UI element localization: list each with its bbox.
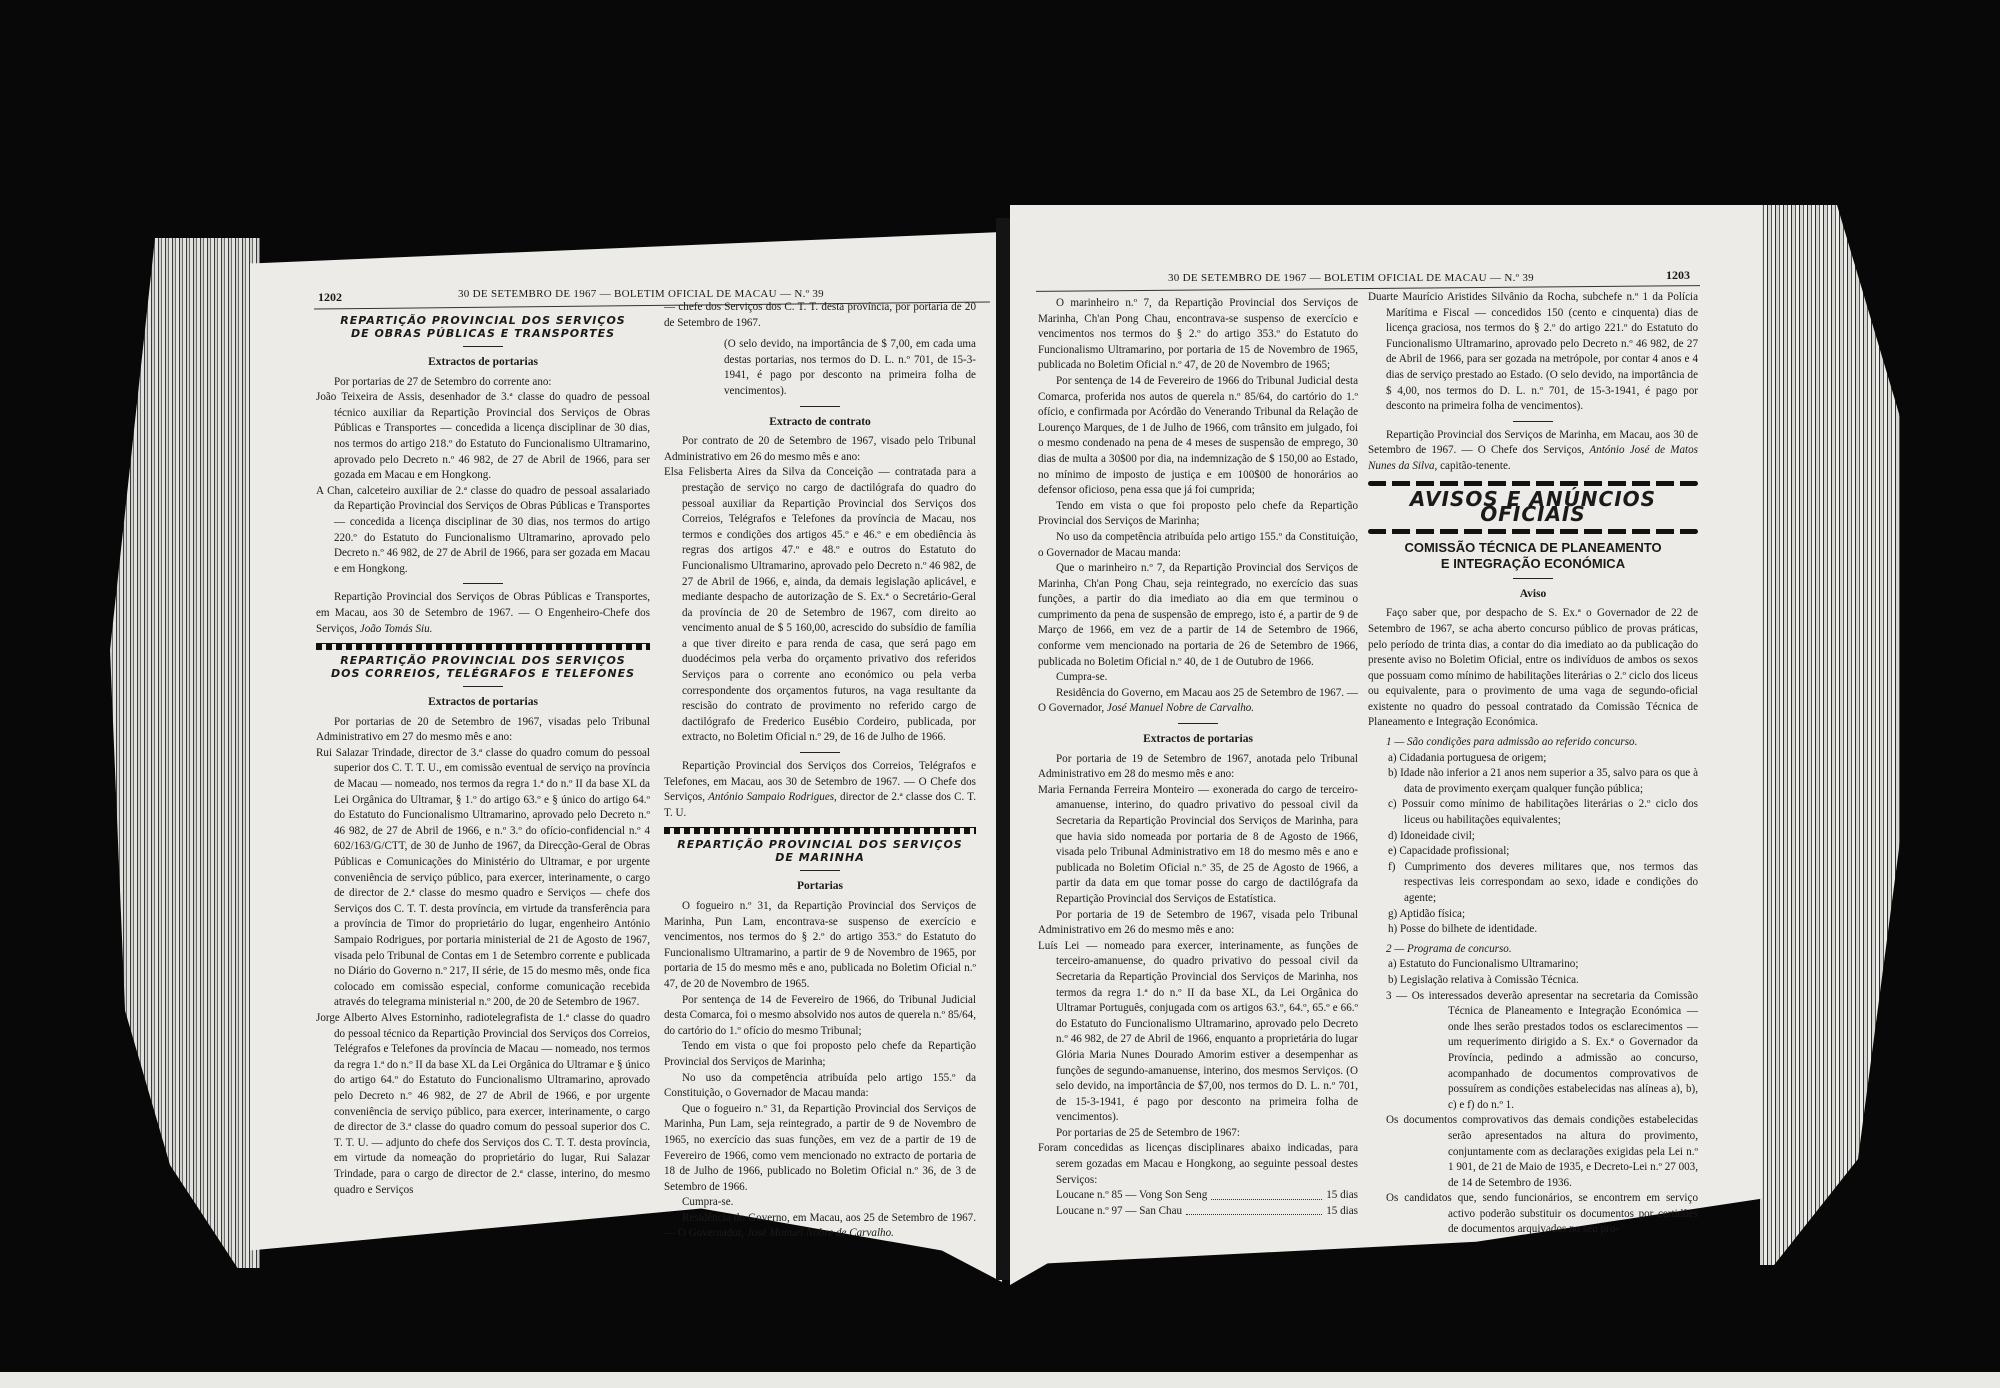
left-page-column-2: — chefe dos Serviços dos C. T. T. desta … bbox=[664, 300, 976, 1242]
paragraph: Por portarias de 25 de Setembro de 1967: bbox=[1038, 1126, 1358, 1142]
paragraph: — chefe dos Serviços dos C. T. T. desta … bbox=[664, 300, 976, 331]
paragraph: Por portarias de 20 de Setembro de 1967,… bbox=[316, 715, 650, 746]
signer-name: José Manuel Nobre de Carvalho. bbox=[1107, 702, 1254, 714]
paragraph: Por sentença de 14 de Fevereiro de 1966,… bbox=[664, 993, 976, 1040]
program-list: a) Estatuto do Funcionalismo Ultramarino… bbox=[1368, 957, 1698, 988]
left-page-column-1: Repartição Provincial dos Serviços de Ob… bbox=[316, 312, 650, 1198]
signature-paragraph: Residência do Governo, em Macau, aos 25 … bbox=[664, 1211, 976, 1242]
paragraph: Por sentença de 14 de Fevereiro de 1966 … bbox=[1038, 374, 1358, 499]
paragraph: Faço saber que, por despacho de S. Ex.ª … bbox=[1368, 606, 1698, 731]
paragraph: Tendo em vista o que foi proposto pelo c… bbox=[664, 1039, 976, 1070]
subheading: Aviso bbox=[1368, 587, 1698, 603]
condition-item: a) Cidadania portuguesa de origem; bbox=[1368, 751, 1698, 767]
paragraph: Tendo em vista o que foi proposto pelo c… bbox=[1038, 499, 1358, 530]
paragraph: Elsa Felisberta Aires da Silva da Concei… bbox=[664, 465, 976, 746]
divider bbox=[800, 406, 840, 407]
program-item: b) Legislação relativa à Comissão Técnic… bbox=[1368, 973, 1698, 989]
paragraph: João Teixeira de Assis, desenhador de 3.… bbox=[316, 390, 650, 484]
subheading: Extractos de portarias bbox=[316, 695, 650, 711]
section-title-ctt: Repartição Provincial dos Serviços dos C… bbox=[316, 654, 650, 680]
paragraph: 3 — Os interessados deverão apresentar n… bbox=[1368, 989, 1698, 1114]
signature-paragraph: Repartição Provincial dos Serviços de Ob… bbox=[316, 590, 650, 637]
divider bbox=[800, 752, 840, 753]
paragraph: Luís Lei — nomeado para exercer, interin… bbox=[1038, 939, 1358, 1126]
right-page-column-1: O marinheiro n.º 7, da Repartição Provin… bbox=[1038, 296, 1358, 1219]
page-number-left: 1202 bbox=[318, 290, 342, 305]
paragraph: Foram concedidas as licenças disciplinar… bbox=[1038, 1141, 1358, 1188]
paragraph: Duarte Maurício Aristides Silvânio da Ro… bbox=[1368, 290, 1698, 415]
paragraph: No uso da competência atribuída pelo art… bbox=[664, 1071, 976, 1102]
conditions-heading: 1 — São condições para admissão ao refer… bbox=[1368, 735, 1698, 751]
ornamental-rule bbox=[664, 827, 976, 834]
commission-title: COMISSÃO TÉCNICA DE PLANEAMENTO E INTEGR… bbox=[1368, 540, 1698, 572]
paragraph: Por contrato de 20 de Setembro de 1967, … bbox=[664, 434, 976, 465]
signature-paragraph: Repartição Provincial dos Serviços de Ma… bbox=[1368, 428, 1698, 475]
subheading: Extractos de portarias bbox=[1038, 732, 1358, 748]
program-heading: 2 — Programa de concurso. bbox=[1368, 942, 1698, 958]
paragraph: Maria Fernanda Ferreira Monteiro — exone… bbox=[1038, 783, 1358, 908]
paragraph: No uso da competência atribuída pelo art… bbox=[1038, 530, 1358, 561]
condition-item: f) Cumprimento dos deveres militares que… bbox=[1368, 860, 1698, 907]
ornamental-rule bbox=[316, 643, 650, 650]
divider bbox=[1178, 723, 1218, 724]
leave-entry: Loucane n.º 85 — Vong Son Seng15 dias bbox=[1038, 1188, 1358, 1204]
divider bbox=[800, 870, 840, 871]
signature-paragraph: Residência do Governo, em Macau aos 25 d… bbox=[1038, 686, 1358, 717]
paragraph: Cumpra-se. bbox=[664, 1195, 976, 1211]
paragraph: Rui Salazar Trindade, director de 3.ª cl… bbox=[316, 746, 650, 1011]
signer-name: João Tomás Siu. bbox=[360, 623, 433, 635]
signature-paragraph: Repartição Provincial dos Serviços dos C… bbox=[664, 759, 976, 821]
divider bbox=[463, 346, 503, 347]
stamp-note: (O selo devido, na importância de $ 7,00… bbox=[664, 337, 976, 399]
divider bbox=[463, 583, 503, 584]
section-title-obras-publicas: Repartição Provincial dos Serviços de Ob… bbox=[316, 314, 650, 340]
ornamental-rule bbox=[1368, 529, 1698, 534]
paragraph: Os documentos comprovativos das demais c… bbox=[1368, 1113, 1698, 1191]
paragraph: O fogueiro n.º 31, da Repartição Provinc… bbox=[664, 899, 976, 993]
subheading: Extractos de portarias bbox=[316, 355, 650, 371]
leave-list: Loucane n.º 85 — Vong Son Seng15 diasLou… bbox=[1038, 1188, 1358, 1219]
subheading: Portarias bbox=[664, 879, 976, 895]
paragraph: Os candidatos que, sendo funcionários, s… bbox=[1368, 1191, 1698, 1238]
divider bbox=[1513, 421, 1553, 422]
condition-item: h) Posse do bilhete de identidade. bbox=[1368, 922, 1698, 938]
condition-item: d) Idoneidade civil; bbox=[1368, 829, 1698, 845]
paragraph: Por portaria de 19 de Setembro de 1967, … bbox=[1038, 908, 1358, 939]
divider bbox=[1513, 578, 1553, 579]
ornamental-rule bbox=[1368, 481, 1698, 486]
subheading: Extracto de contrato bbox=[664, 415, 976, 431]
program-item: a) Estatuto do Funcionalismo Ultramarino… bbox=[1368, 957, 1698, 973]
condition-item: g) Aptidão física; bbox=[1368, 907, 1698, 923]
avisos-title: Avisos e Anúncios Oficiais bbox=[1368, 492, 1698, 523]
condition-item: b) Idade não inferior a 21 anos nem supe… bbox=[1368, 766, 1698, 797]
scanner-bottom-strip bbox=[0, 1372, 2000, 1388]
signer-name: António Sampaio Rodrigues, bbox=[708, 791, 837, 803]
paragraph: Por portaria de 19 de Setembro de 1967, … bbox=[1038, 752, 1358, 783]
page-number-right: 1203 bbox=[1666, 268, 1690, 283]
paragraph: A Chan, calceteiro auxiliar de 2.ª class… bbox=[316, 484, 650, 578]
condition-item: c) Possuir como mínimo de habilitações l… bbox=[1368, 797, 1698, 828]
paragraph: Que o marinheiro n.º 7, da Repartição Pr… bbox=[1038, 561, 1358, 670]
running-header-right: 30 DE SETEMBRO DE 1967 — BOLETIM OFICIAL… bbox=[1168, 272, 1534, 284]
section-title-marinha: Repartição Provincial dos Serviços de Ma… bbox=[664, 838, 976, 864]
paragraph: Por portarias de 27 de Setembro do corre… bbox=[316, 375, 650, 391]
running-header-left: 30 DE SETEMBRO DE 1967 — BOLETIM OFICIAL… bbox=[458, 288, 824, 300]
leave-entry: Loucane n.º 97 — San Chau15 dias bbox=[1038, 1204, 1358, 1220]
paragraph: Jorge Alberto Alves Estorninho, radiotel… bbox=[316, 1011, 650, 1198]
right-page-column-2: Duarte Maurício Aristides Silvânio da Ro… bbox=[1368, 290, 1698, 1238]
paragraph: Cumpra-se. bbox=[1038, 670, 1358, 686]
signer-name: José Manuel Nobre de Carvalho. bbox=[747, 1227, 894, 1239]
divider bbox=[463, 686, 503, 687]
conditions-list: a) Cidadania portuguesa de origem;b) Ida… bbox=[1368, 751, 1698, 938]
paragraph: O marinheiro n.º 7, da Repartição Provin… bbox=[1038, 296, 1358, 374]
condition-item: e) Capacidade profissional; bbox=[1368, 844, 1698, 860]
paragraph: Que o fogueiro n.º 31, da Repartição Pro… bbox=[664, 1102, 976, 1196]
